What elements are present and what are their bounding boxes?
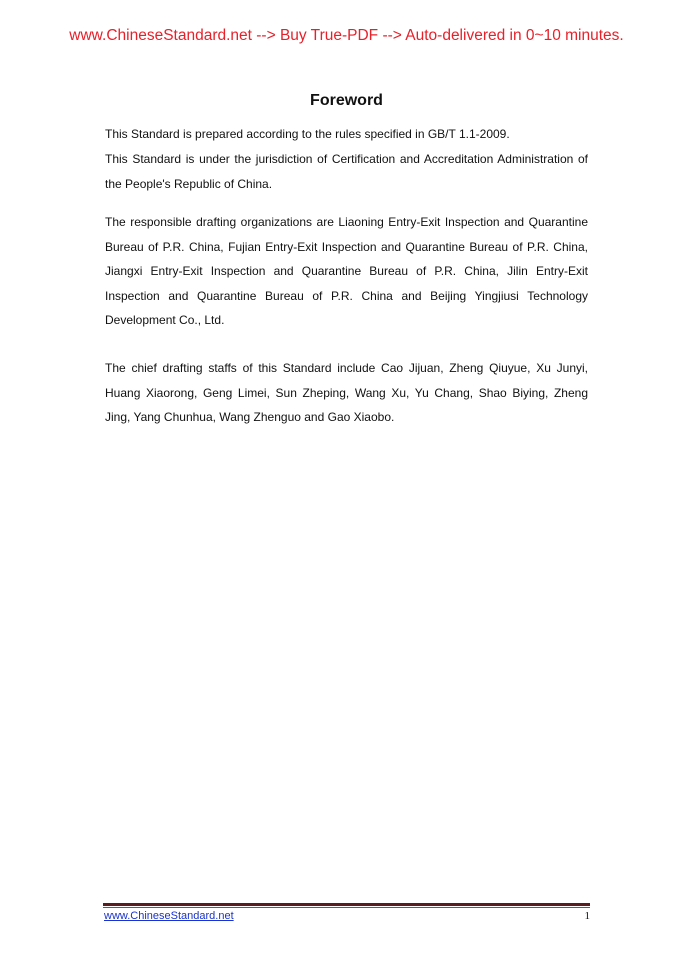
paragraph-text: The chief drafting staffs of this Standa… (105, 356, 588, 430)
paragraph-4: The chief drafting staffs of this Standa… (105, 356, 588, 430)
paragraph-text: This Standard is under the jurisdiction … (105, 147, 588, 196)
paragraph-2: This Standard is under the jurisdiction … (105, 147, 588, 196)
paragraph-text: The responsible drafting organizations a… (105, 210, 588, 333)
paragraph-3: The responsible drafting organizations a… (105, 210, 588, 333)
page-number: 1 (578, 910, 590, 922)
paragraph-text: This Standard is prepared according to t… (105, 122, 588, 147)
promo-banner: www.ChineseStandard.net --> Buy True-PDF… (0, 27, 693, 45)
page-title: Foreword (0, 92, 693, 110)
paragraph-1: This Standard is prepared according to t… (105, 122, 588, 147)
footer-divider (103, 903, 590, 906)
footer-website-link[interactable]: www.ChineseStandard.net (104, 910, 234, 922)
footer-divider-thin (103, 907, 590, 908)
